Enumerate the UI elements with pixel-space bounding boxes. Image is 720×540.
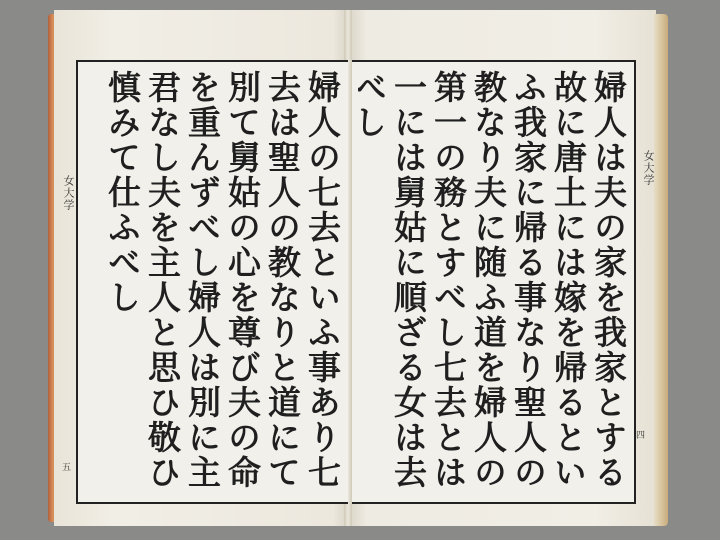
open-book: 婦人の七去といふ事あり七去は聖人の教なりと道にて別て舅姑の心を尊び夫の命を重んず… <box>48 10 668 530</box>
left-text-frame: 婦人の七去といふ事あり七去は聖人の教なりと道にて別て舅姑の心を尊び夫の命を重んず… <box>76 60 348 504</box>
right-text-frame: 婦人は夫の家を我家とする故に唐土には嫁を帰るといふ我家に帰る事なり聖人の教なり夫… <box>352 60 636 504</box>
running-title-left: 女大学 <box>60 175 76 211</box>
running-title-right: 女大学 <box>640 150 656 186</box>
book-edge-right <box>654 14 668 526</box>
left-page-text: 婦人の七去といふ事あり七去は聖人の教なりと道にて別て舅姑の心を尊び夫の命を重んず… <box>84 70 342 494</box>
page-number-right: 四 <box>636 428 645 441</box>
right-page-text: 婦人は夫の家を我家とする故に唐土には嫁を帰るといふ我家に帰る事なり聖人の教なり夫… <box>358 70 628 494</box>
page-number-left: 五 <box>62 460 71 473</box>
